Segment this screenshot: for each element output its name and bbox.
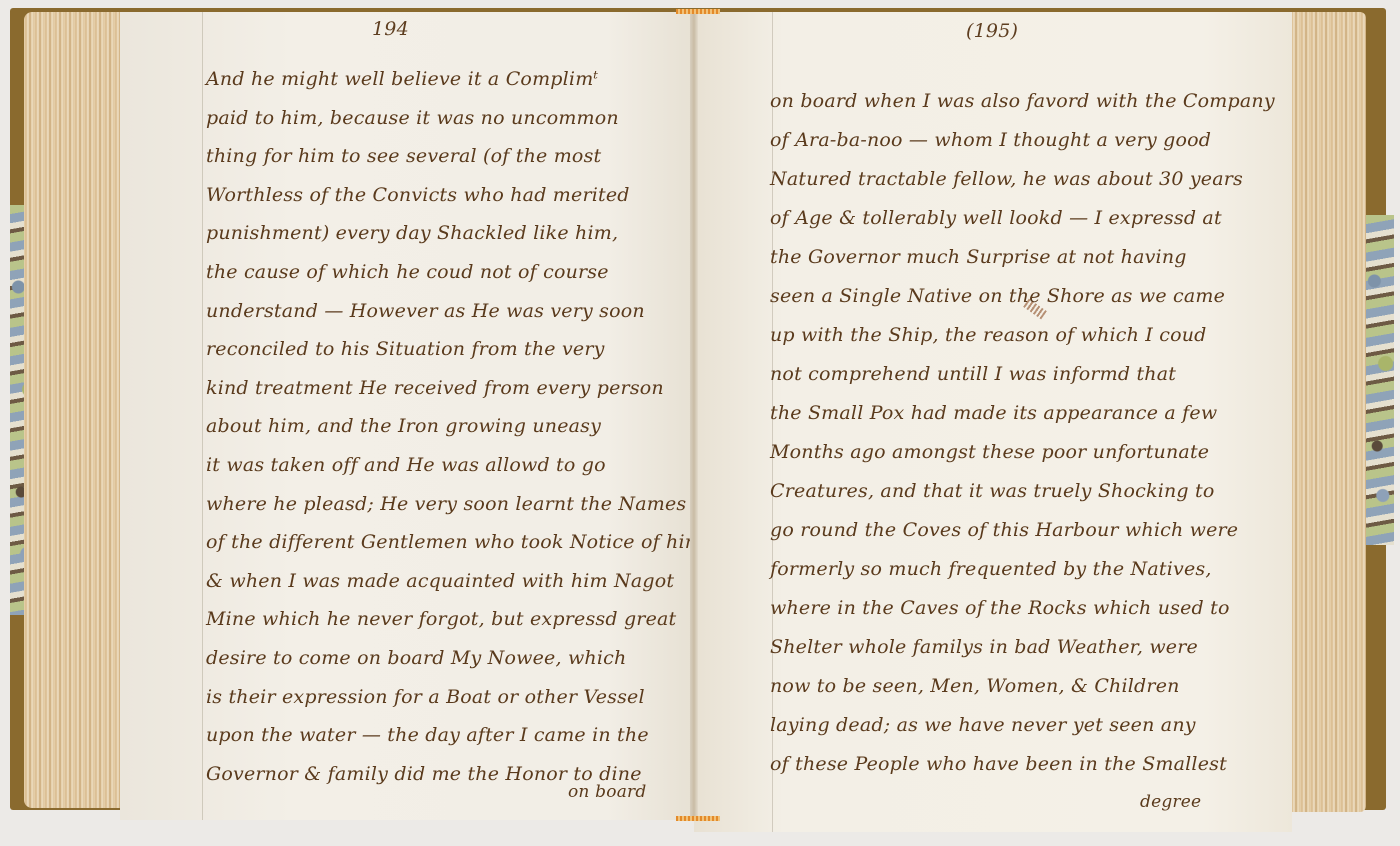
text-line: the Governor much Surprise at not having [770,238,1280,277]
text-line: upon the water — the day after I came in… [206,716,686,755]
page-block-edge-left [24,12,124,808]
text-line: & when I was made acquainted with him Na… [206,562,686,601]
text-line: thing for him to see several (of the mos… [206,137,686,176]
text-line: of Ara-ba-noo — whom I thought a very go… [770,121,1280,160]
text-line: on board when I was also favord with the… [770,82,1280,121]
text-line: Worthless of the Convicts who had merite… [206,176,686,215]
right-page: (195) on board when I was also favord wi… [694,12,1292,832]
handwritten-text: And he might well believe it a Complimᵗ … [206,60,686,793]
text-line: the cause of which he coud not of course [206,253,686,292]
text-line: desire to come on board My Nowee, which [206,639,686,678]
text-line: Mine which he never forgot, but expressd… [206,600,686,639]
catchword: on board [568,782,646,802]
text-line: kind treatment He received from every pe… [206,369,686,408]
text-line: Months ago amongst these poor unfortunat… [770,433,1280,472]
page-number: 194 [372,18,409,40]
headband-bottom [676,816,720,821]
handwritten-text: on board when I was also favord with the… [770,82,1280,784]
book-gutter [690,12,698,820]
catchword: degree [1140,792,1201,812]
text-line: punishment) every day Shackled like him, [206,214,686,253]
headband-top [676,9,720,14]
margin-rule [202,12,203,820]
text-line: go round the Coves of this Harbour which… [770,511,1280,550]
text-line: now to be seen, Men, Women, & Children [770,667,1280,706]
text-line: of the different Gentlemen who took Noti… [206,523,686,562]
page-block-edge-right [1290,12,1366,812]
text-line: And he might well believe it a Complimᵗ [206,60,686,99]
text-line: understand — However as He was very soon [206,292,686,331]
text-line: Creatures, and that it was truely Shocki… [770,472,1280,511]
left-page: 194 And he might well believe it a Compl… [120,12,692,820]
text-line: seen a Single Native on the Shore as we … [770,277,1280,316]
text-line: reconciled to his Situation from the ver… [206,330,686,369]
text-line: of Age & tollerably well lookd — I expre… [770,199,1280,238]
text-line: where in the Caves of the Rocks which us… [770,589,1280,628]
text-line: up with the Ship, the reason of which I … [770,316,1280,355]
text-line: paid to him, because it was no uncommon [206,99,686,138]
text-line: it was taken off and He was allowd to go [206,446,686,485]
marbled-endpaper-right [1366,215,1394,545]
text-line: about him, and the Iron growing uneasy [206,407,686,446]
text-line: is their expression for a Boat or other … [206,678,686,717]
text-line: Natured tractable fellow, he was about 3… [770,160,1280,199]
text-line: where he pleasd; He very soon learnt the… [206,485,686,524]
text-line: the Small Pox had made its appearance a … [770,394,1280,433]
text-line: of these People who have been in the Sma… [770,745,1280,784]
manuscript-photograph: 194 And he might well believe it a Compl… [0,0,1400,846]
text-line: not comprehend untill I was informd that [770,355,1280,394]
text-line: formerly so much frequented by the Nativ… [770,550,1280,589]
text-line: Shelter whole familys in bad Weather, we… [770,628,1280,667]
text-line: laying dead; as we have never yet seen a… [770,706,1280,745]
page-number: (195) [966,20,1018,42]
